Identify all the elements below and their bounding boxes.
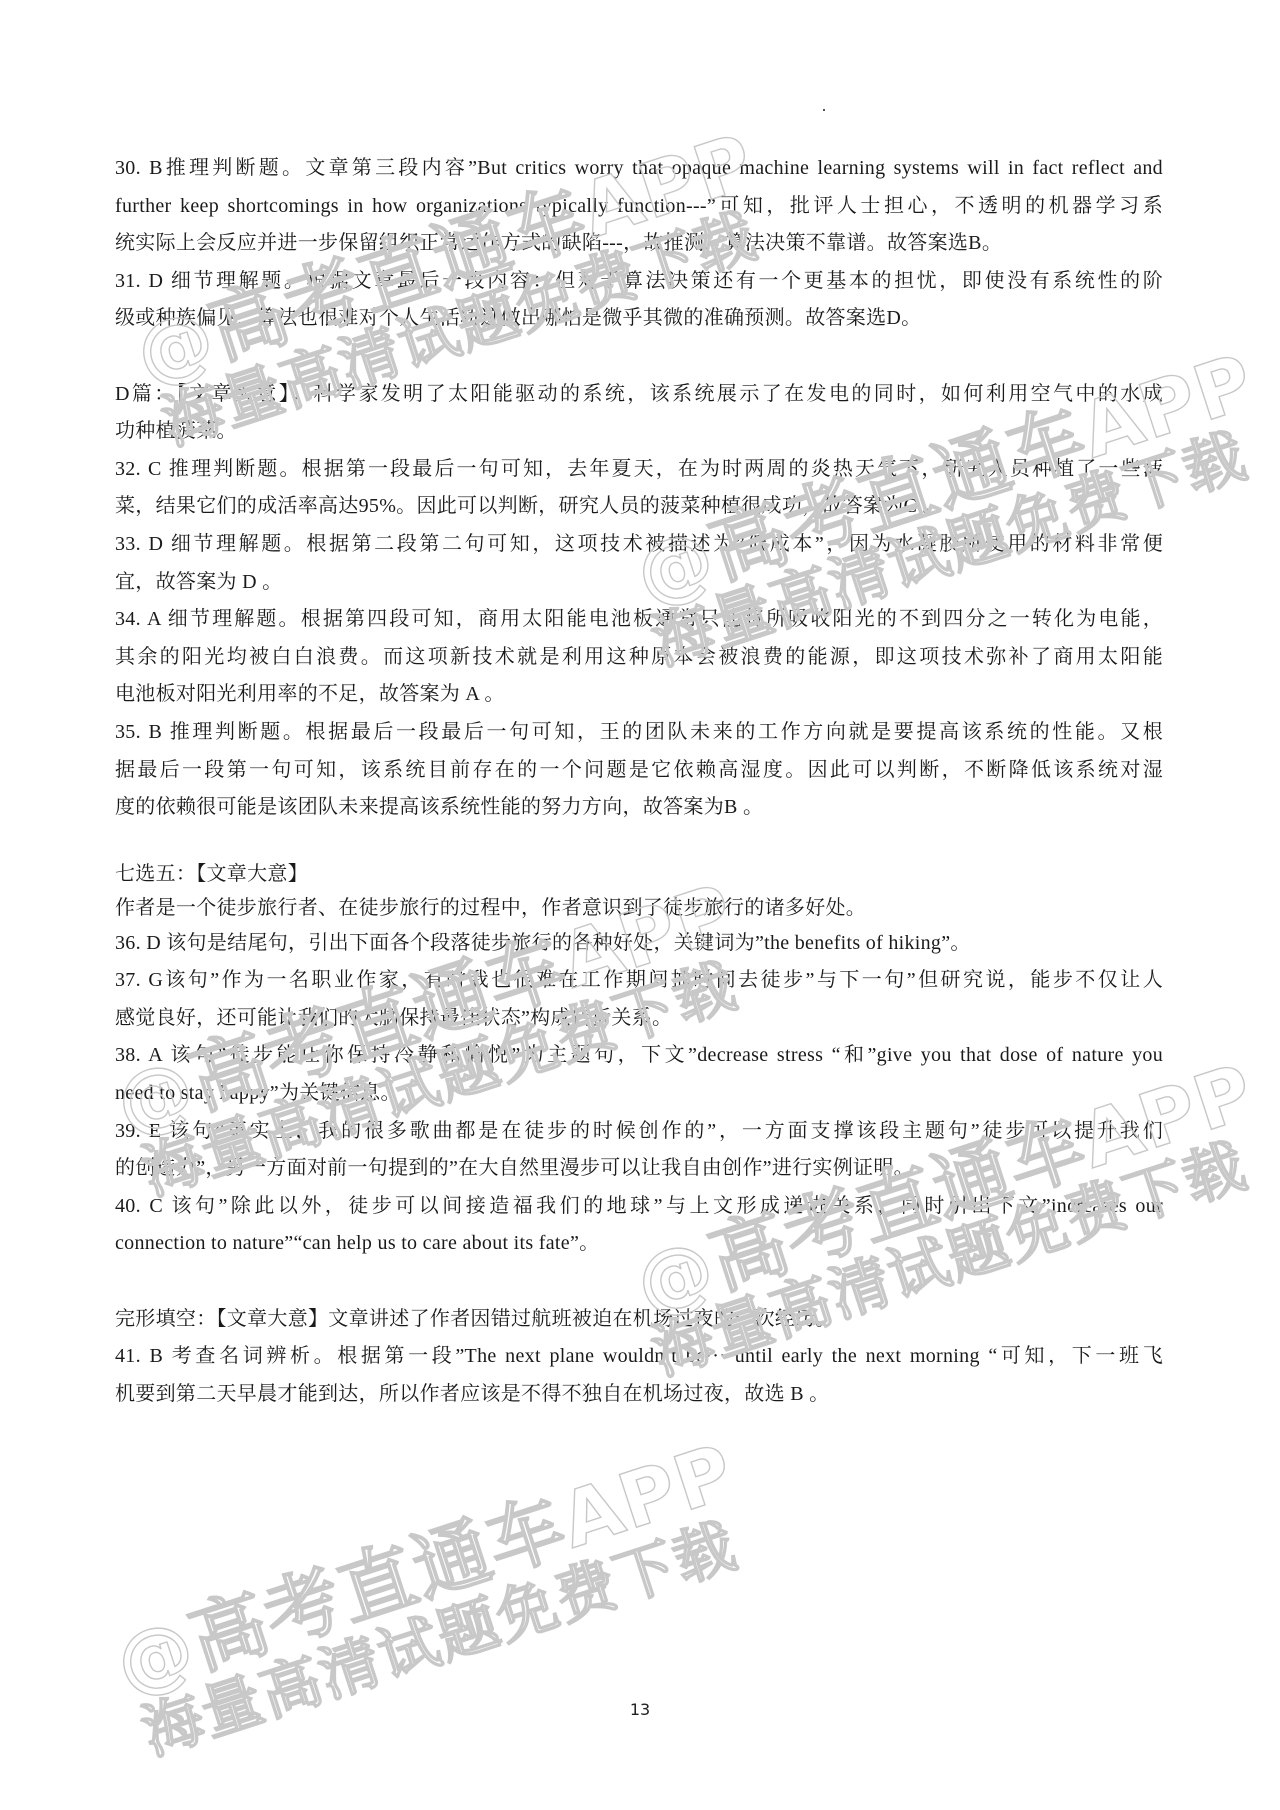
text-line-q30-3: 统实际上会反应并进一步保留组织正常运作方式的缺陷---，故推测，算法决策不靠谱。… [115, 225, 1163, 263]
section-gap [115, 827, 1163, 857]
text-line-q32-1: 32. C 推理判断题。根据第一段最后一句可知，去年夏天，在为时两周的炎热天气下… [115, 451, 1163, 489]
text-line-q41-1: 41. B 考查名词辨析。根据第一段”The next plane wouldn… [115, 1338, 1163, 1376]
document-page: 30. B推理判断题。文章第三段内容”But critics worry tha… [0, 0, 1280, 1810]
text-line-q30-1: 30. B推理判断题。文章第三段内容”But critics worry tha… [115, 150, 1163, 188]
text-line-q35-2: 据最后一段第一句可知，该系统目前存在的一个问题是它依赖高湿度。因此可以判断，不断… [115, 752, 1163, 790]
text-line-q35-3: 度的依赖很可能是该团队未来提高该系统性能的努力方向，故答案为B 。 [115, 789, 1163, 827]
section-heading-seven-choose-five: 七选五：【文章大意】 [115, 857, 1163, 891]
text-line-q36: 36. D 该句是结尾句，引出下面各个段落徒步旅行的各种好处，关键词为”the … [115, 925, 1163, 963]
text-line-q40-1: 40. C 该句”除此以外，徒步可以间接造福我们的地球”与上文形成递进关系，同时… [115, 1188, 1163, 1226]
text-line-q39-2: 的创造力”，另一方面对前一句提到的”在大自然里漫步可以让我自由创作”进行实例证明… [115, 1150, 1163, 1188]
text-line-q38-1: 38. A 该句”徒步能让你保持冷静和愉悦”为主题句，下文”decrease s… [115, 1037, 1163, 1075]
text-line-q31-2: 级或种族偏见，算法也很难对个人生活轨迹做出哪怕是微乎其微的准确预测。故答案选D。 [115, 300, 1163, 338]
text-line-q39-1: 39. E 该句”事实上，我的很多歌曲都是在徒步的时候创作的”，一方面支撑该段主… [115, 1113, 1163, 1151]
text-line-passage-d-summary: 功种植菠菜。 [115, 413, 1163, 451]
scan-artifact-dot [823, 109, 825, 111]
text-line-q35-1: 35. B 推理判断题。根据最后一段最后一句可知，王的团队未来的工作方向就是要提… [115, 714, 1163, 752]
text-line-q31-1: 31. D 细节理解题。根据文章最后一段内容：但对于算法决策还有一个更基本的担忧… [115, 263, 1163, 301]
watermark-slogan: 海量高清试题免费下载 [130, 1498, 746, 1771]
watermark-brand: @高考直通车APP [100, 1411, 746, 1714]
section-heading-cloze: 完形填空：【文章大意】文章讲述了作者因错过航班被迫在机场过夜的一次经历。 [115, 1301, 1163, 1339]
text-line-q34-1: 34. A 细节理解题。根据第四段可知，商用太阳能电池板通常只能将所吸收阳光的不… [115, 601, 1163, 639]
text-line-q30-2: further keep shortcomings in how organiz… [115, 188, 1163, 226]
text-line-q37-2: 感觉良好，还可能让我们的大脑保持最佳状态”构成转折关系。 [115, 1000, 1163, 1038]
text-line-seven-choose-five-summary: 作者是一个徒步旅行者、在徒步旅行的过程中，作者意识到了徒步旅行的诸多好处。 [115, 891, 1163, 925]
text-line-q41-2: 机要到第二天早晨才能到达，所以作者应该是不得不独自在机场过夜，故选 B 。 [115, 1376, 1163, 1414]
text-line-q34-2: 其余的阳光均被白白浪费。而这项新技术就是利用这种原本会被浪费的能源，即这项技术弥… [115, 639, 1163, 677]
text-line-q33-2: 宜，故答案为 D 。 [115, 564, 1163, 602]
answer-explanations: 30. B推理判断题。文章第三段内容”But critics worry tha… [115, 150, 1163, 1413]
section-gap [115, 338, 1163, 376]
section-gap [115, 1263, 1163, 1301]
text-line-q40-2: connection to nature”“can help us to car… [115, 1225, 1163, 1263]
text-line-q34-3: 电池板对阳光利用率的不足，故答案为 A 。 [115, 676, 1163, 714]
text-line-q37-1: 37. G该句”作为一名职业作家，有时我也很难在工作期间抽时间去徒步”与下一句”… [115, 962, 1163, 1000]
text-line-q32-2: 菜，结果它们的成活率高达95%。因此可以判断，研究人员的菠菜种植很成功，故答案为… [115, 488, 1163, 526]
page-number: 13 [0, 1700, 1280, 1719]
text-line-q38-2: need to stay happy”为关键信息。 [115, 1075, 1163, 1113]
section-heading-passage-d: D篇：【文章大意】：科学家发明了太阳能驱动的系统，该系统展示了在发电的同时，如何… [115, 376, 1163, 414]
text-line-q33-1: 33. D 细节理解题。根据第二段第二句可知，这项技术被描述为”低成本”，因为水… [115, 526, 1163, 564]
